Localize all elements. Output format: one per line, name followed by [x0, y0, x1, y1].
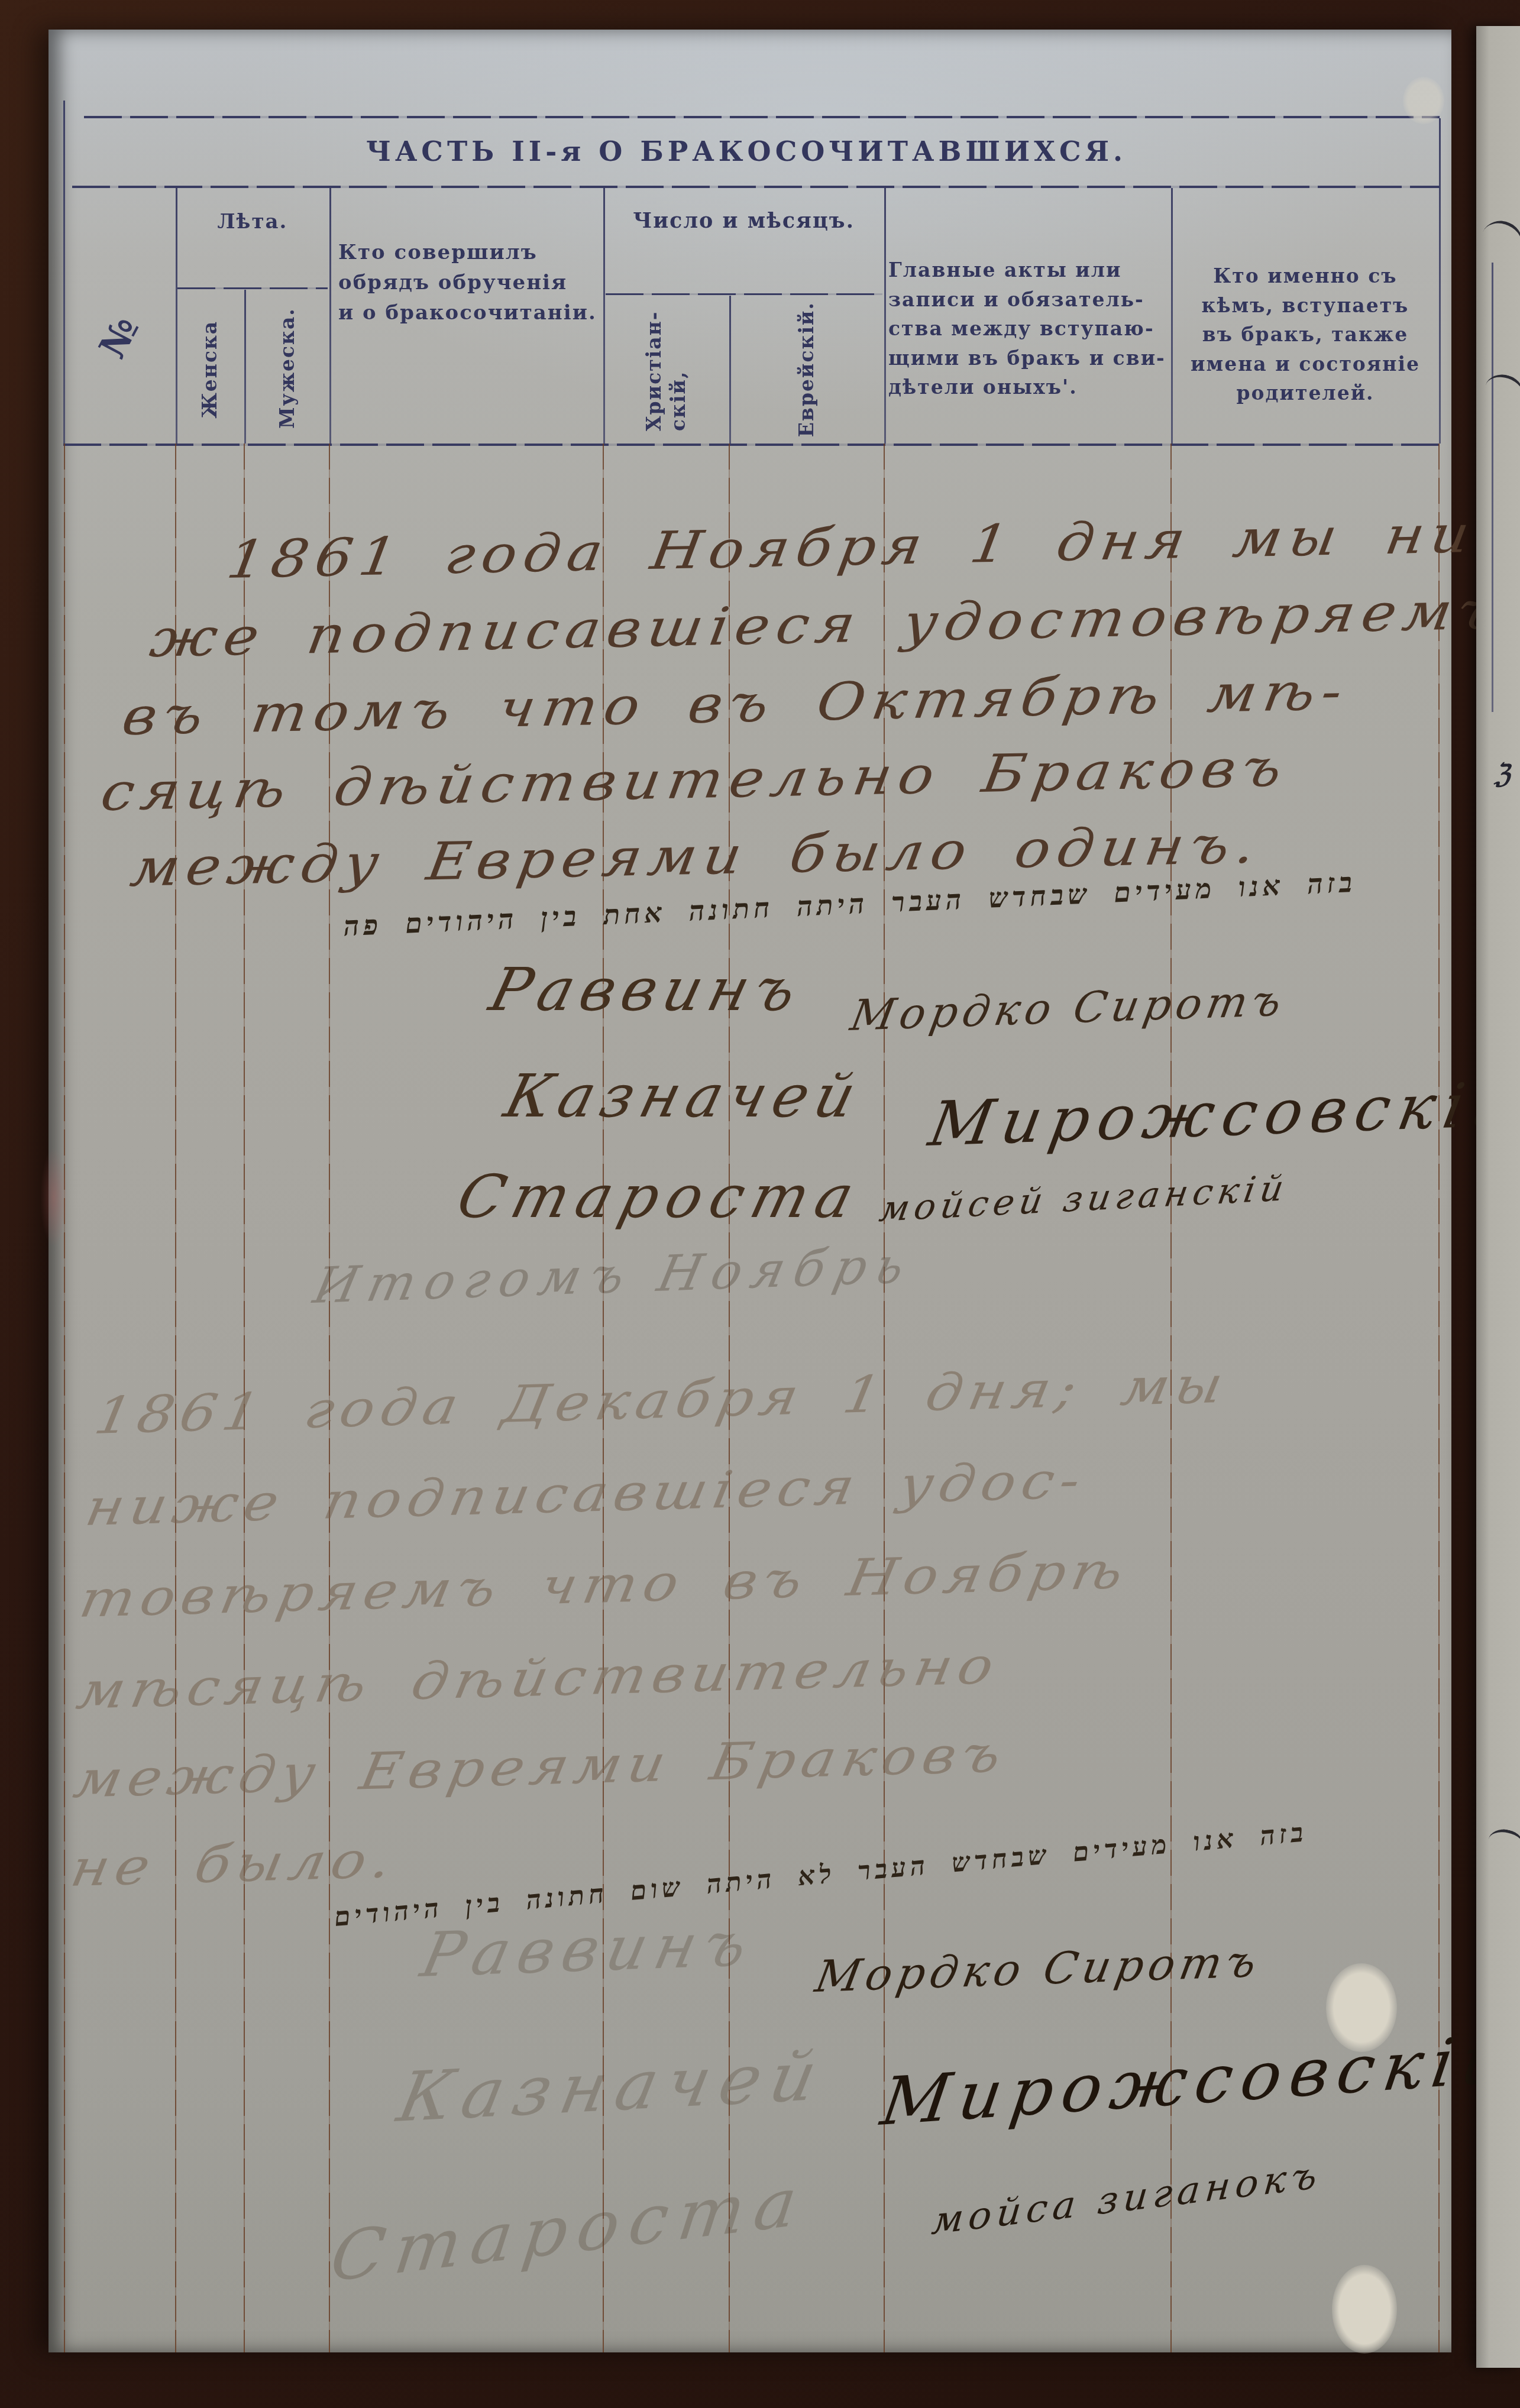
signature-role-treasurer: Казначей	[392, 2036, 833, 2138]
signature-rabbi-name: Мордко Сиротъ	[811, 1936, 1265, 2002]
attestation-october-line: же подписавшіеся удостовѣряемъ	[146, 580, 1509, 669]
column-header-number: №	[72, 254, 167, 420]
header-bottom-rule	[63, 444, 1439, 446]
signature-role-elder: Староста	[451, 1162, 869, 1231]
handwriting-stroke	[1475, 215, 1520, 267]
signature-role-rabbi: Раввинъ	[483, 955, 810, 1024]
column-header-acts: Главные акты или записи и обязатель- ств…	[888, 255, 1166, 402]
handwriting-stroke: ℨ	[1494, 759, 1510, 789]
signature-treasurer-name: Мирожсовскій	[924, 1067, 1520, 1160]
header-line-6	[884, 188, 886, 444]
signature-elder-name: мойса зиганокъ	[930, 2154, 1324, 2244]
attestation-november-line: товѣряемъ что въ Ноябрѣ	[75, 1541, 1134, 1629]
next-page-border-line	[1492, 263, 1493, 712]
header-line-4	[603, 188, 605, 444]
handwriting-stroke	[1480, 370, 1520, 413]
age-underline-rule	[177, 287, 328, 289]
column-header-age-male: Мужеска.	[244, 293, 329, 444]
header-line-2	[244, 290, 246, 444]
photographed-register-page: ЧАСТЬ II-я О БРАКОСОЧИТАВШИХСЯ. № Лѣта. …	[0, 0, 1520, 2408]
paper-damage-spot	[1332, 2265, 1397, 2354]
register-page: ЧАСТЬ II-я О БРАКОСОЧИТАВШИХСЯ. № Лѣта. …	[48, 30, 1451, 2352]
attestation-october-line: въ томъ что въ Октябрѣ мѣ-	[118, 661, 1353, 747]
column-header-officiant: Кто совершилъ обрядъ обрученія и о брако…	[332, 238, 604, 328]
attestation-october-line: 1861 года Ноября 1 дня мы ни	[223, 503, 1480, 590]
signature-elder-name: мойсей зиганскій	[877, 1167, 1291, 1230]
column-header-date-group: Число и мѣсяцъ.	[603, 206, 884, 237]
column-header-age-group: Лѣта.	[176, 207, 329, 237]
title-underline-rule	[72, 186, 1440, 188]
header-line-5	[729, 296, 731, 444]
signature-role-elder: Староста	[326, 2161, 811, 2297]
attestation-november-line: мѣсяцѣ дѣйствительно	[72, 1636, 1004, 1721]
column-header-date-jewish: Еврейскій.	[729, 296, 884, 444]
next-page-edge: ℨ	[1476, 26, 1520, 2368]
column-header-date-christian: Христіан- скій,	[603, 299, 729, 444]
attestation-november-line: между Евреями Браковъ	[69, 1724, 1011, 1810]
signature-role-rabbi: Раввинъ	[415, 1908, 762, 1991]
attestation-october-line: сяцѣ дѣйствительно Браковъ	[97, 737, 1293, 823]
section-title: ЧАСТЬ II-я О БРАКОСОЧИТАВШИХСЯ.	[167, 131, 1326, 172]
signature-rabbi-name: Мордко Сиротъ	[847, 976, 1290, 1040]
paper-damage-spot	[1403, 77, 1444, 124]
signature-role-treasurer: Казначей	[498, 1061, 869, 1131]
attestation-november-line: не было.	[66, 1830, 402, 1898]
attestation-november-line: ниже подписавшіеся удос-	[81, 1451, 1091, 1538]
table-border-left-header	[63, 101, 65, 444]
column-header-age-female: Женска	[176, 296, 244, 444]
header-line-7	[1171, 188, 1173, 444]
paper-damage-spot	[1326, 1963, 1397, 2052]
header-line-3	[329, 188, 331, 444]
column-header-names: Кто именно съ кѣмъ, вступаетъ въ бракъ, …	[1175, 261, 1435, 408]
column-rule-1	[64, 444, 65, 2352]
table-border-right-header	[1439, 118, 1441, 444]
date-underline-rule	[606, 293, 882, 295]
hebrew-attestation-line: בזה אנו מעידים שבחדש העבר לא היתה שום חת…	[333, 1817, 1308, 1933]
handwriting-stroke	[1486, 1826, 1520, 1859]
faint-month-note: Итогомъ Ноябрь	[309, 1236, 919, 1315]
signature-treasurer-name: Мирожсовскій	[877, 2021, 1519, 2141]
header-line-1	[176, 188, 177, 444]
top-rule	[84, 116, 1440, 118]
ink-smudge	[40, 1147, 67, 1248]
attestation-november-line: 1861 года Декабря 1 дня; мы	[90, 1355, 1234, 1446]
